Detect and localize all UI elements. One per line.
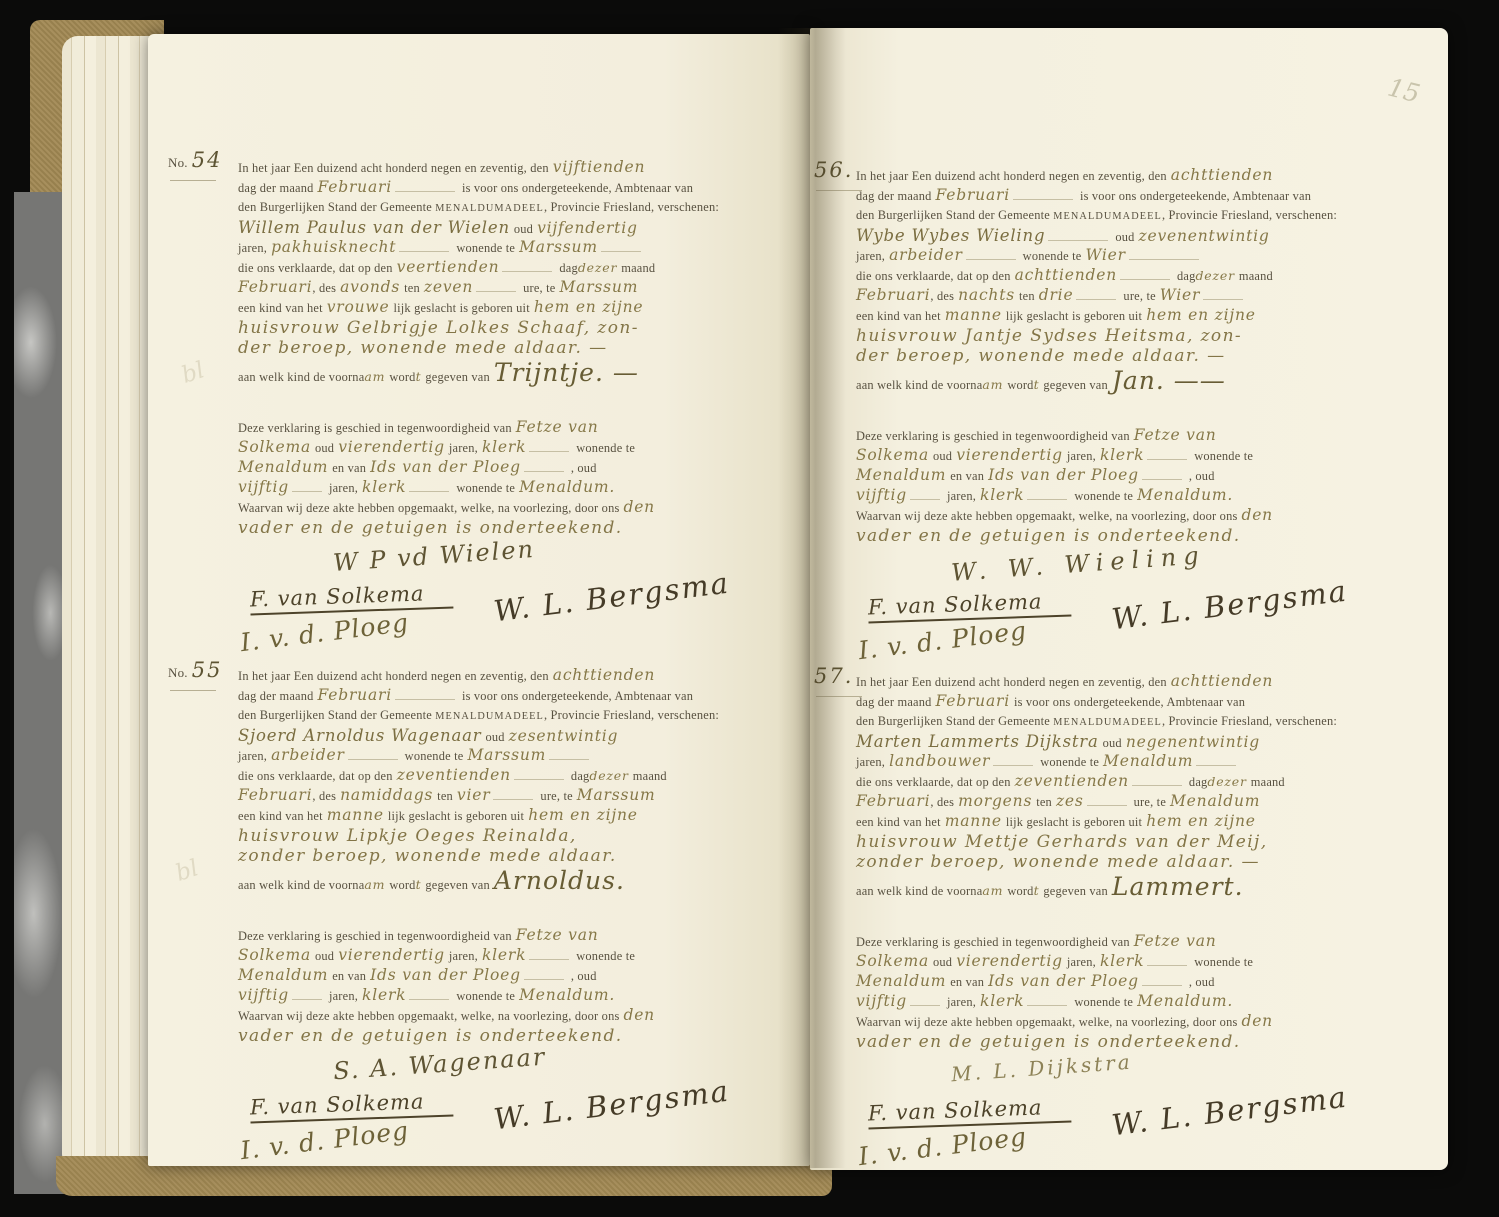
form-line: Waarvan wij deze akte hebben opgemaakt, …	[856, 506, 1384, 526]
signature-witness2: I. v. d. Ploeg	[239, 1116, 411, 1165]
witness1-occupation: klerk	[482, 946, 526, 964]
form-text: wonende te	[576, 441, 635, 455]
form-line: aan welk kind de voornaam wordt gegeven …	[238, 866, 773, 886]
entry-day: achttienden	[553, 666, 655, 684]
form-line: een kind van het manne lijk geslacht is …	[856, 306, 1384, 326]
form-text: dag der maand	[238, 689, 314, 703]
no-label: No.	[168, 665, 188, 680]
blank-line	[409, 479, 449, 492]
signature-declarant: M. L. Dijkstra	[950, 1050, 1133, 1087]
entry-declarant: Willem Paulus van der Wielen	[238, 218, 510, 237]
form-text: gegeven van	[425, 370, 489, 384]
form-text: , Provincie Friesland, verschenen:	[1162, 714, 1337, 728]
witness1-last: Solkema	[238, 438, 311, 456]
form-line: Waarvan wij deze akte hebben opgemaakt, …	[856, 1012, 1384, 1032]
form-line: vijftig jaren, klerk wonende te Menaldum…	[238, 986, 773, 1006]
blank-line	[1120, 267, 1170, 280]
form-line: aan welk kind de voornaam wordt gegeven …	[856, 366, 1384, 386]
signature-witness1: F. van Solkema	[868, 588, 1071, 623]
entry-residence: Menaldum	[1103, 752, 1193, 770]
form-line: een kind van het manne lijk geslacht is …	[238, 806, 773, 826]
form-text: aan welk kind de voorna	[856, 884, 982, 898]
blank-line	[399, 239, 449, 252]
form-text: en van	[950, 469, 984, 483]
signature-declarant: S. A. Wagenaar	[332, 1043, 547, 1086]
form-text: wonende te	[1074, 489, 1133, 503]
form-line: dag der maand Februari is voor ons onder…	[856, 186, 1384, 206]
entry-born-from: hem en zijne	[528, 806, 638, 824]
form-line: In het jaar Een duizend acht honderd neg…	[856, 672, 1384, 692]
form-line: dag der maand Februari is voor ons onder…	[856, 692, 1384, 712]
entry-born-from: hem en zijne	[1146, 812, 1256, 830]
form-text: wonende te	[1194, 449, 1253, 463]
form-line: die ons verklaarde, dat op den achttiend…	[856, 266, 1384, 286]
form-text: wonende te	[1040, 755, 1099, 769]
signature-witness2: I. v. d. Ploeg	[857, 616, 1029, 665]
form-text: jaren,	[329, 481, 358, 495]
number-rule	[170, 690, 216, 691]
record-number-54: No. 54	[168, 148, 222, 181]
form-text: In het jaar Een duizend acht honderd neg…	[856, 169, 1167, 183]
form-line: Deze verklaring is geschied in tegenwoor…	[238, 418, 773, 438]
form-line: Februari, des avonds ten zeven ure, te M…	[238, 278, 773, 298]
mother-line: huisvrouw Mettje Gerhards van der Meij,	[856, 832, 1384, 852]
form-text: dag	[1189, 775, 1208, 789]
form-line: den Burgerlijken Stand der Gemeente Mena…	[856, 206, 1384, 226]
child-name: Lammert.	[1112, 872, 1244, 901]
entry-birth-day: zeventienden	[1015, 772, 1129, 790]
form-line: die ons verklaarde, dat op den veertiend…	[238, 258, 773, 278]
entry-residence: Wier	[1085, 246, 1125, 264]
blank-line	[993, 753, 1033, 766]
witness1-age: vierendertig	[338, 438, 445, 456]
entry-gender: vrouwe	[327, 298, 390, 316]
form-text: den Burgerlijken Stand der Gemeente	[856, 208, 1053, 222]
form-line: jaren, pakhuisknecht wonende te Marssum	[238, 238, 773, 258]
entry-age: vijfendertig	[537, 219, 638, 237]
form-text: ten	[404, 281, 420, 295]
form-text: oud	[1115, 230, 1134, 244]
record-number-value: 54	[192, 148, 223, 172]
blank-line	[1132, 773, 1182, 786]
form-line: een kind van het vrouwe lijk geslacht is…	[238, 298, 773, 318]
witness2-residence: Menaldum.	[1137, 486, 1233, 504]
entry-birth-month: Februari	[238, 786, 312, 804]
blank-line	[493, 787, 533, 800]
signature-witness2: I. v. d. Ploeg	[857, 1122, 1029, 1171]
form-text: dag	[571, 769, 590, 783]
blank-line	[1196, 753, 1236, 766]
municipality-name: Menaldumadeel	[1053, 717, 1162, 728]
record-number-55: No. 55	[168, 658, 222, 691]
entry-occupation: pakhuisknecht	[271, 238, 396, 256]
form-text: , Provincie Friesland, verschenen:	[1162, 208, 1337, 222]
form-text: jaren,	[947, 489, 976, 503]
witness1-first: Fetze van	[1134, 426, 1217, 444]
form-text: gegeven van	[1043, 884, 1107, 898]
entry-month: Februari	[936, 692, 1010, 710]
form-text: Waarvan wij deze akte hebben opgemaakt, …	[238, 501, 619, 515]
form-line: In het jaar Een duizend acht honderd neg…	[238, 158, 773, 178]
form-line: Menaldum en van Ids van der Ploeg , oud	[238, 966, 773, 986]
entry-residence: Marssum	[467, 746, 546, 764]
witness1-occupation: klerk	[482, 438, 526, 456]
form-text: en van	[332, 969, 366, 983]
form-text: ure, te	[1134, 795, 1166, 809]
form-text: word	[1007, 378, 1033, 392]
form-text: maand	[1251, 775, 1285, 789]
form-line: dag der maand Februari is voor ons onder…	[238, 178, 773, 198]
form-text: Deze verklaring is geschied in tegenwoor…	[238, 929, 512, 943]
blank-line	[1087, 793, 1127, 806]
entry-born-from: hem en zijne	[534, 298, 644, 316]
blank-line	[1147, 447, 1187, 460]
form-text: wonende te	[1074, 995, 1133, 1009]
form-line: Sjoerd Arnoldus Wagenaar oud zesentwinti…	[238, 726, 773, 746]
form-text: aan welk kind de voorna	[238, 878, 364, 892]
mother-line: der beroep, wonende mede aldaar. —	[856, 346, 1384, 366]
form-text: oud	[315, 949, 334, 963]
blank-line	[1129, 247, 1199, 260]
witness1-last: Solkema	[856, 952, 929, 970]
entry-t: t	[416, 369, 422, 384]
entry-birth-place: Marssum	[577, 786, 656, 804]
entry-declarant: Wybe Wybes Wieling	[856, 226, 1045, 245]
form-line: den Burgerlijken Stand der Gemeente Mena…	[238, 706, 773, 726]
closing-den: den	[1241, 506, 1272, 524]
blank-line	[476, 279, 516, 292]
form-text: word	[1007, 884, 1033, 898]
entry-am: am	[364, 369, 385, 384]
witness2-name: Ids van der Ploeg	[988, 972, 1139, 990]
witness1-last: Solkema	[238, 946, 311, 964]
entry-age: zevenentwintig	[1139, 227, 1270, 245]
form-text: oud	[315, 441, 334, 455]
form-text: , des	[312, 281, 336, 295]
birth-record-55: In het jaar Een duizend acht honderd neg…	[238, 666, 773, 1162]
entry-dezer: dezer	[1196, 268, 1235, 283]
form-text: maand	[633, 769, 667, 783]
form-text: Waarvan wij deze akte hebben opgemaakt, …	[238, 1009, 619, 1023]
witness1-residence: Menaldum	[856, 972, 946, 990]
entry-dezer: dezer	[1207, 774, 1246, 789]
entry-month: Februari	[318, 686, 392, 704]
witness1-age: vierendertig	[338, 946, 445, 964]
form-text: wonende te	[1023, 249, 1082, 263]
witness2-name: Ids van der Ploeg	[370, 966, 521, 984]
entry-born-from: hem en zijne	[1146, 306, 1256, 324]
mother-line: huisvrouw Jantje Sydses Heitsma, zon-	[856, 326, 1384, 346]
form-text: den Burgerlijken Stand der Gemeente	[238, 200, 435, 214]
witness1-occupation: klerk	[1100, 952, 1144, 970]
entry-hour: zes	[1056, 792, 1084, 810]
form-text: aan welk kind de voorna	[238, 370, 364, 384]
witness2-residence: Menaldum.	[519, 478, 615, 496]
entry-t: t	[1034, 883, 1040, 898]
form-text: In het jaar Een duizend acht honderd neg…	[238, 669, 549, 683]
entry-birth-place: Wier	[1160, 286, 1200, 304]
entry-birth-day: achttienden	[1015, 266, 1117, 284]
form-text: die ons verklaarde, dat op den	[856, 269, 1011, 283]
form-text: , Provincie Friesland, verschenen:	[544, 708, 719, 722]
signature-block: W. W. Wieling F. van Solkema I. v. d. Pl…	[856, 546, 1384, 662]
form-line: Deze verklaring is geschied in tegenwoor…	[856, 426, 1384, 446]
entry-daypart: namiddags	[340, 786, 433, 804]
entry-birth-month: Februari	[856, 286, 930, 304]
blank-line	[502, 259, 552, 272]
entry-day: achttienden	[1171, 166, 1273, 184]
form-text: oud	[933, 449, 952, 463]
blank-line	[1027, 487, 1067, 500]
entry-age: negenentwintig	[1126, 733, 1260, 751]
form-line: die ons verklaarde, dat op den zeventien…	[856, 772, 1384, 792]
record-number-57: 57.	[814, 664, 862, 697]
form-line: Waarvan wij deze akte hebben opgemaakt, …	[238, 1006, 773, 1026]
child-name: Trijntje. —	[494, 358, 639, 387]
record-number-value: 56.	[814, 158, 853, 182]
form-line: vijftig jaren, klerk wonende te Menaldum…	[856, 486, 1384, 506]
blank-line	[292, 987, 322, 1000]
blank-line	[1013, 187, 1073, 200]
form-text: jaren,	[449, 949, 478, 963]
form-text: word	[389, 370, 415, 384]
form-text: dag der maand	[856, 189, 932, 203]
signature-block: M. L. Dijkstra F. van Solkema I. v. d. P…	[856, 1052, 1384, 1168]
witness2-age: vijftig	[856, 992, 907, 1010]
form-text: Waarvan wij deze akte hebben opgemaakt, …	[856, 1015, 1237, 1029]
form-text: , oud	[571, 461, 597, 475]
form-line: dag der maand Februari is voor ons onder…	[238, 686, 773, 706]
entry-gender: manne	[945, 812, 1002, 830]
form-line: Februari, des namiddags ten vier ure, te…	[238, 786, 773, 806]
form-text: wonende te	[1194, 955, 1253, 969]
form-text: , Provincie Friesland, verschenen:	[544, 200, 719, 214]
entry-hour: zeven	[424, 278, 473, 296]
witness1-first: Fetze van	[516, 926, 599, 944]
blank-line	[395, 687, 455, 700]
entry-gender: manne	[945, 306, 1002, 324]
form-text: die ons verklaarde, dat op den	[238, 261, 393, 275]
blank-line	[1142, 467, 1182, 480]
witness1-age: vierendertig	[956, 952, 1063, 970]
signature-block: W P vd Wielen F. van Solkema I. v. d. Pl…	[238, 538, 773, 654]
blank-line	[601, 239, 641, 252]
form-text: ten	[1036, 795, 1052, 809]
form-text: wonende te	[456, 241, 515, 255]
witness2-occupation: klerk	[980, 992, 1024, 1010]
entry-occupation: arbeider	[271, 746, 345, 764]
entry-birth-day: veertienden	[397, 258, 500, 276]
blank-line	[549, 747, 589, 760]
witness1-occupation: klerk	[1100, 446, 1144, 464]
form-text: is voor ons ondergeteekende, Ambtenaar v…	[462, 689, 693, 703]
witness1-first: Fetze van	[1134, 932, 1217, 950]
entry-month: Februari	[318, 178, 392, 196]
form-line: Deze verklaring is geschied in tegenwoor…	[856, 932, 1384, 952]
form-text: Waarvan wij deze akte hebben opgemaakt, …	[856, 509, 1237, 523]
form-text: ten	[1019, 289, 1035, 303]
form-text: ure, te	[523, 281, 555, 295]
blank-line	[409, 987, 449, 1000]
closing-den: den	[1241, 1012, 1272, 1030]
record-number-56: 56.	[814, 158, 862, 191]
mother-line: huisvrouw Lipkje Oeges Reinalda,	[238, 826, 773, 846]
witness1-age: vierendertig	[956, 446, 1063, 464]
entry-am: am	[364, 877, 385, 892]
form-text: en van	[332, 461, 366, 475]
entry-am: am	[982, 883, 1003, 898]
entry-birth-month: Februari	[238, 278, 312, 296]
municipality-name: Menaldumadeel	[435, 711, 544, 722]
form-line: Willem Paulus van der Wielen oud vijfend…	[238, 218, 773, 238]
form-text: In het jaar Een duizend acht honderd neg…	[856, 675, 1167, 689]
form-line: den Burgerlijken Stand der Gemeente Mena…	[238, 198, 773, 218]
form-text: , oud	[571, 969, 597, 983]
form-line: Solkema oud vierendertig jaren, klerk wo…	[238, 946, 773, 966]
no-label: No.	[168, 155, 188, 170]
form-text: lijk geslacht is geboren uit	[1006, 309, 1142, 323]
blank-line	[1147, 953, 1187, 966]
entry-day: achttienden	[1171, 672, 1273, 690]
birth-record-56: In het jaar Een duizend acht honderd neg…	[856, 166, 1384, 662]
closing-den: den	[623, 498, 654, 516]
form-text: is voor ons ondergeteekende, Ambtenaar v…	[1080, 189, 1311, 203]
form-text: jaren,	[856, 249, 885, 263]
form-line: jaren, arbeider wonende te Marssum	[238, 746, 773, 766]
witness2-name: Ids van der Ploeg	[370, 458, 521, 476]
entry-dezer: dezer	[589, 768, 628, 783]
entry-birth-month: Februari	[856, 792, 930, 810]
signature-declarant: W. W. Wieling	[950, 541, 1206, 587]
form-line: Menaldum en van Ids van der Ploeg , oud	[856, 466, 1384, 486]
form-line: vijftig jaren, klerk wonende te Menaldum…	[856, 992, 1384, 1012]
child-name: Arnoldus.	[494, 866, 625, 895]
witness2-occupation: klerk	[362, 478, 406, 496]
blank-line	[910, 487, 940, 500]
entry-dezer: dezer	[578, 260, 617, 275]
form-text: en van	[950, 975, 984, 989]
form-text: wonende te	[576, 949, 635, 963]
witness2-age: vijftig	[238, 478, 289, 496]
form-line: In het jaar Een duizend acht honderd neg…	[238, 666, 773, 686]
form-text: , oud	[1189, 469, 1215, 483]
form-text: lijk geslacht is geboren uit	[388, 809, 524, 823]
witness2-residence: Menaldum.	[519, 986, 615, 1004]
entry-daypart: morgens	[958, 792, 1032, 810]
entry-occupation: arbeider	[889, 246, 963, 264]
form-text: een kind van het	[238, 301, 323, 315]
form-text: , oud	[1189, 975, 1215, 989]
signature-declarant: W P vd Wielen	[332, 535, 536, 577]
form-line: jaren, landbouwer wonende te Menaldum	[856, 752, 1384, 772]
form-text: , des	[930, 795, 954, 809]
blank-line	[966, 247, 1016, 260]
form-line: Deze verklaring is geschied in tegenwoor…	[238, 926, 773, 946]
form-line: Marten Lammerts Dijkstra oud negenentwin…	[856, 732, 1384, 752]
form-line: een kind van het manne lijk geslacht is …	[856, 812, 1384, 832]
closing-line: vader en de getuigen is onderteekend.	[856, 526, 1384, 546]
entry-am: am	[982, 377, 1003, 392]
form-line: Solkema oud vierendertig jaren, klerk wo…	[856, 952, 1384, 972]
entry-hour: vier	[457, 786, 491, 804]
form-text: een kind van het	[238, 809, 323, 823]
form-line: Waarvan wij deze akte hebben opgemaakt, …	[238, 498, 773, 518]
form-text: een kind van het	[856, 309, 941, 323]
form-text: is voor ons ondergeteekende, Ambtenaar v…	[462, 181, 693, 195]
signature-registrar: W. L. Bergsma	[492, 566, 732, 629]
entry-age: zesentwintig	[509, 727, 619, 745]
signature-registrar: W. L. Bergsma	[1110, 574, 1350, 637]
form-line: aan welk kind de voornaam wordt gegeven …	[856, 872, 1384, 892]
witness1-residence: Menaldum	[238, 966, 328, 984]
blank-line	[292, 479, 322, 492]
entry-day: vijftienden	[553, 158, 645, 176]
blank-line	[1203, 287, 1243, 300]
municipality-name: Menaldumadeel	[435, 203, 544, 214]
record-number-value: 55	[192, 658, 223, 682]
form-text: jaren,	[1067, 449, 1096, 463]
blank-line	[1048, 228, 1108, 241]
form-text: , des	[312, 789, 336, 803]
blank-line	[1142, 973, 1182, 986]
form-text: gegeven van	[1043, 378, 1107, 392]
form-text: oud	[1103, 736, 1122, 750]
entry-daypart: avonds	[340, 278, 400, 296]
form-line: In het jaar Een duizend acht honderd neg…	[856, 166, 1384, 186]
form-text: jaren,	[1067, 955, 1096, 969]
form-line: die ons verklaarde, dat op den zeventien…	[238, 766, 773, 786]
closing-den: den	[623, 1006, 654, 1024]
form-text: maand	[621, 261, 655, 275]
entry-birth-place: Marssum	[560, 278, 639, 296]
blank-line	[910, 993, 940, 1006]
form-text: , des	[930, 289, 954, 303]
closing-line: vader en de getuigen is onderteekend.	[856, 1032, 1384, 1052]
witness2-occupation: klerk	[362, 986, 406, 1004]
blank-line	[524, 967, 564, 980]
form-text: lijk geslacht is geboren uit	[1006, 815, 1142, 829]
signature-witness1: F. van Solkema	[250, 580, 453, 615]
signature-witness2: I. v. d. Ploeg	[239, 608, 411, 657]
mother-line: zonder beroep, wonende mede aldaar. —	[856, 852, 1384, 872]
child-name: Jan. ——	[1112, 366, 1226, 395]
form-text: een kind van het	[856, 815, 941, 829]
entry-daypart: nachts	[958, 286, 1015, 304]
form-line: Menaldum en van Ids van der Ploeg , oud	[238, 458, 773, 478]
blank-line	[1076, 287, 1116, 300]
signature-witness1: F. van Solkema	[868, 1094, 1071, 1129]
form-text: jaren,	[329, 989, 358, 1003]
blank-line	[524, 459, 564, 472]
form-text: jaren,	[449, 441, 478, 455]
form-text: jaren,	[238, 749, 267, 763]
form-line: jaren, arbeider wonende te Wier	[856, 246, 1384, 266]
witness2-age: vijftig	[238, 986, 289, 1004]
closing-line: vader en de getuigen is onderteekend.	[238, 1026, 773, 1046]
form-text: lijk geslacht is geboren uit	[393, 301, 529, 315]
closing-line: vader en de getuigen is onderteekend.	[238, 518, 773, 538]
form-text: die ons verklaarde, dat op den	[238, 769, 393, 783]
entry-hour: drie	[1039, 286, 1074, 304]
signature-witness1: F. van Solkema	[250, 1088, 453, 1123]
form-text: ure, te	[1123, 289, 1155, 303]
entry-t: t	[416, 877, 422, 892]
signature-registrar: W. L. Bergsma	[492, 1074, 732, 1137]
form-text: jaren,	[947, 995, 976, 1009]
witness1-last: Solkema	[856, 446, 929, 464]
blank-line	[348, 747, 398, 760]
entry-birth-place: Menaldum	[1170, 792, 1260, 810]
